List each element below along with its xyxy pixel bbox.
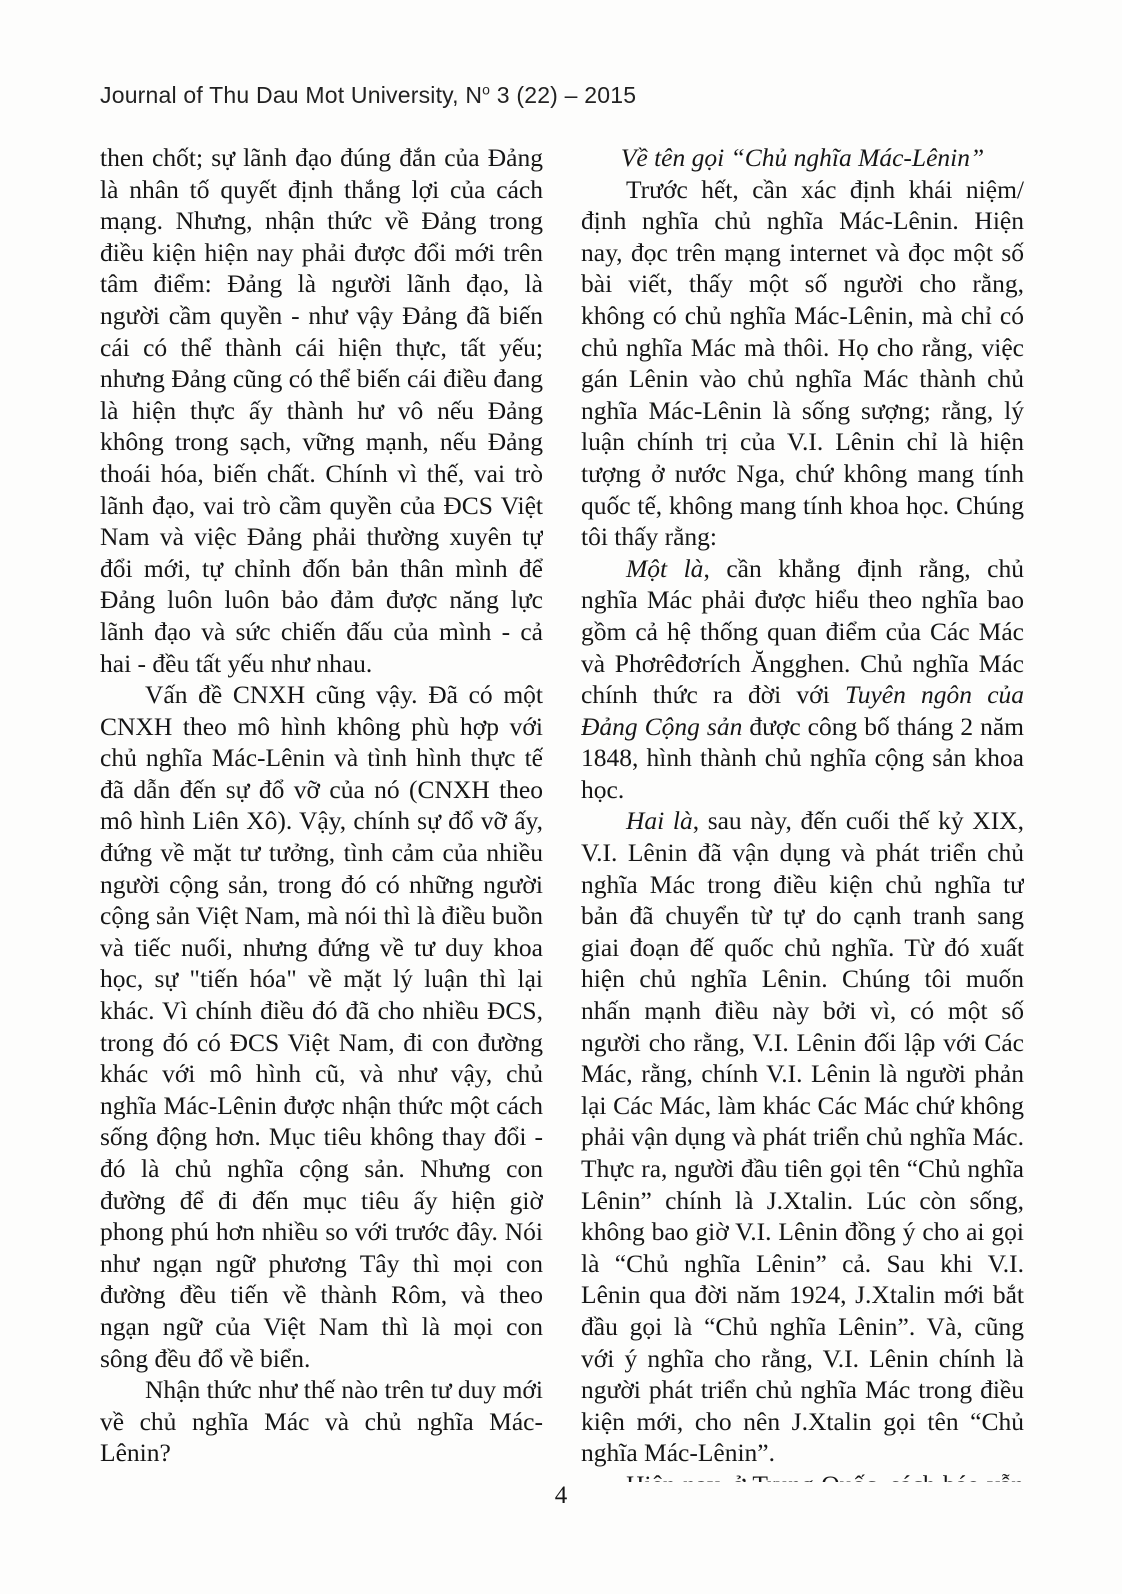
journal-title-text: Journal of Thu Dau Mot University, N [100, 82, 482, 108]
text-run: Trước hết, cần xác định khái niệm/định n… [581, 175, 1024, 552]
text-run: then chốt; sự lãnh đạo đúng đắn của Đảng… [100, 143, 543, 678]
journal-issue-superscript: o [482, 81, 490, 97]
page-number: 4 [0, 1482, 1122, 1510]
paragraph: Một là, cần khẳng định rằng, chủ nghĩa M… [581, 553, 1024, 806]
italic-text-run: Một là [626, 554, 703, 583]
text-run: Nhận thức như thế nào trên tư duy mới về… [100, 1375, 543, 1467]
right-column: Về tên gọi “Chủ nghĩa Mác-Lênin” Trước h… [581, 142, 1024, 1482]
right-column-paragraphs: Trước hết, cần xác định khái niệm/định n… [581, 174, 1024, 1482]
italic-text-run: Hai là [626, 806, 693, 835]
paragraph: Hiện nay, ở Trung Quốc, sách báo vẫn dùn… [581, 1469, 1024, 1482]
two-column-body: then chốt; sự lãnh đạo đúng đắn của Đảng… [100, 142, 1024, 1482]
paragraph: Trước hết, cần xác định khái niệm/định n… [581, 174, 1024, 553]
journal-issue-text: 3 (22) – 2015 [490, 82, 636, 108]
paragraph: then chốt; sự lãnh đạo đúng đắn của Đảng… [100, 142, 543, 679]
journal-header: Journal of Thu Dau Mot University, No 3 … [100, 82, 636, 109]
text-run: , sau này, đến cuối thế kỷ XIX, V.I. Lên… [581, 806, 1024, 1467]
paragraph: Vấn đề CNXH cũng vậy. Đã có một CNXH the… [100, 679, 543, 1374]
left-column: then chốt; sự lãnh đạo đúng đắn của Đảng… [100, 142, 543, 1482]
paragraph: Nhận thức như thế nào trên tư duy mới về… [100, 1374, 543, 1469]
document-page: Journal of Thu Dau Mot University, No 3 … [0, 0, 1122, 1594]
section-heading: Về tên gọi “Chủ nghĩa Mác-Lênin” [581, 142, 1024, 174]
text-run: Vấn đề CNXH cũng vậy. Đã có một CNXH the… [100, 680, 543, 1372]
paragraph: Hai là, sau này, đến cuối thế kỷ XIX, V.… [581, 805, 1024, 1468]
text-run: Hiện nay, ở Trung Quốc, sách báo vẫn dùn… [581, 1470, 1024, 1482]
